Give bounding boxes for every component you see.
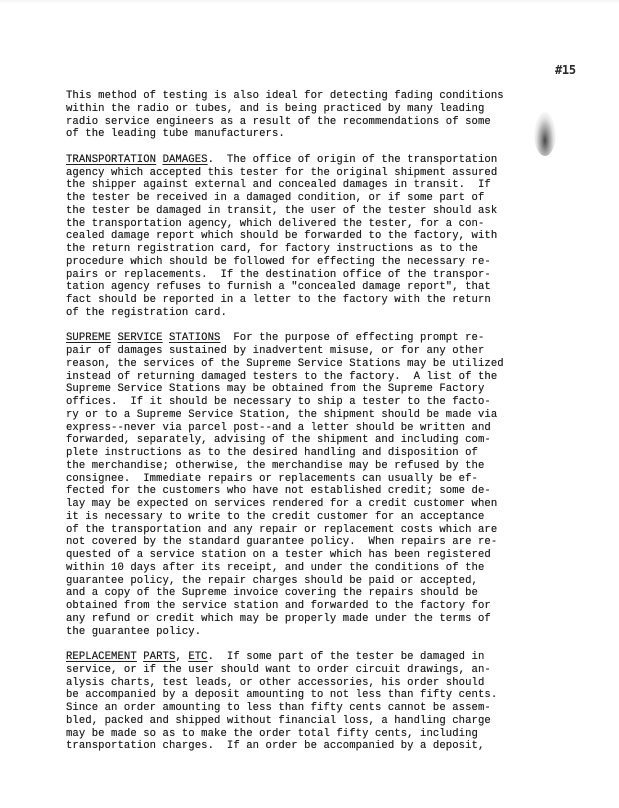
text-line: within 10 days after its receipt, and un…	[66, 562, 611, 575]
section-heading-word: ETC	[188, 651, 207, 663]
text-line: agency which accepted this tester for th…	[66, 167, 611, 180]
text-line: service, or if the user should want to o…	[66, 664, 611, 677]
text-line: cealed damage report which should be for…	[66, 230, 611, 243]
text-line: tation agency refuses to furnish a "conc…	[66, 281, 611, 294]
text-line: quested of a service station on a tester…	[66, 549, 611, 562]
document-body: This method of testing is also ideal for…	[66, 90, 611, 766]
text-line: not covered by the standard guarantee po…	[66, 536, 611, 549]
text-line: plete instructions as to the desired han…	[66, 447, 611, 460]
text-line: transportation charges. If an order be a…	[66, 740, 611, 753]
text-line: pair of damages sustained by inadvertent…	[66, 345, 611, 358]
text-line: the tester be damaged in transit, the us…	[66, 205, 611, 218]
heading-line: SUPREME SERVICE STATIONS For the purpose…	[66, 332, 611, 345]
text-line: Supreme Service Stations may be obtained…	[66, 383, 611, 396]
paragraph-transportation-damages: TRANSPORTATION DAMAGES. The office of or…	[66, 154, 611, 320]
text-line: of the registration card.	[66, 307, 611, 320]
text-line: ry or to a Supreme Service Station, the …	[66, 409, 611, 422]
text-line: reason, the services of the Supreme Serv…	[66, 358, 611, 371]
section-heading-word: PARTS	[143, 651, 175, 663]
paragraph-testing-method: This method of testing is also ideal for…	[66, 90, 611, 141]
text-line: guarantee policy, the repair charges sho…	[66, 575, 611, 588]
text-line: fected for the customers who have not es…	[66, 485, 611, 498]
text-line: instead of returning damaged testers to …	[66, 371, 611, 384]
text-line: of the transportation and any repair or …	[66, 524, 611, 537]
text-line: the tester be received in a damaged cond…	[66, 192, 611, 205]
text-line: within the radio or tubes, and is being …	[66, 103, 611, 116]
text-line: This method of testing is also ideal for…	[66, 90, 611, 103]
text-line: lay may be expected on services rendered…	[66, 498, 611, 511]
section-heading-word: SERVICE	[118, 332, 163, 344]
text-line: of the leading tube manufacturers.	[66, 128, 611, 141]
section-heading-word: TRANSPORTATION	[66, 154, 156, 166]
heading-suffix-text: For the purpose of effecting prompt re-	[221, 332, 485, 344]
paragraph-replacement-parts: REPLACEMENT PARTS, ETC. If some part of …	[66, 651, 611, 753]
page-number: #15	[555, 63, 576, 77]
text-line: alysis charts, test leads, or other acce…	[66, 677, 611, 690]
text-line: be accompanied by a deposit amounting to…	[66, 689, 611, 702]
text-line: Since an order amounting to less than fi…	[66, 702, 611, 715]
text-line: procedure which should be followed for e…	[66, 256, 611, 269]
text-line: the transportation agency, which deliver…	[66, 218, 611, 231]
text-line: offices. If it should be necessary to sh…	[66, 396, 611, 409]
text-line: bled, packed and shipped without financi…	[66, 715, 611, 728]
section-heading-word: REPLACEMENT	[66, 651, 137, 663]
text-line: the merchandise; otherwise, the merchand…	[66, 460, 611, 473]
text-line: may be made so as to make the order tota…	[66, 728, 611, 741]
section-heading-word: SUPREME	[66, 332, 111, 344]
text-line: the guarantee policy.	[66, 626, 611, 639]
text-line: fact should be reported in a letter to t…	[66, 294, 611, 307]
text-line: it is necessary to write to the credit c…	[66, 511, 611, 524]
text-line: consignee. Immediate repairs or replacem…	[66, 473, 611, 486]
heading-line: REPLACEMENT PARTS, ETC. If some part of …	[66, 651, 611, 664]
heading-suffix-text: . The office of origin of the transporta…	[208, 154, 498, 166]
section-heading-word: STATIONS	[169, 332, 221, 344]
text-line: forwarded, separately, advising of the s…	[66, 434, 611, 447]
text-line: radio service engineers as a result of t…	[66, 116, 611, 129]
section-heading-word: DAMAGES	[163, 154, 208, 166]
text-line: the shipper against external and conceal…	[66, 179, 611, 192]
text-line: pairs or replacements. If the destinatio…	[66, 269, 611, 282]
text-line: and a copy of the Supreme invoice coveri…	[66, 587, 611, 600]
heading-suffix-text: . If some part of the tester be damaged …	[208, 651, 485, 663]
paragraph-supreme-service-stations: SUPREME SERVICE STATIONS For the purpose…	[66, 332, 611, 638]
heading-line: TRANSPORTATION DAMAGES. The office of or…	[66, 154, 611, 167]
text-line: any refund or credit which may be proper…	[66, 613, 611, 626]
text-line: obtained from the service station and fo…	[66, 600, 611, 613]
text-line: the return registration card, for factor…	[66, 243, 611, 256]
text-line: express--never via parcel post--and a le…	[66, 422, 611, 435]
